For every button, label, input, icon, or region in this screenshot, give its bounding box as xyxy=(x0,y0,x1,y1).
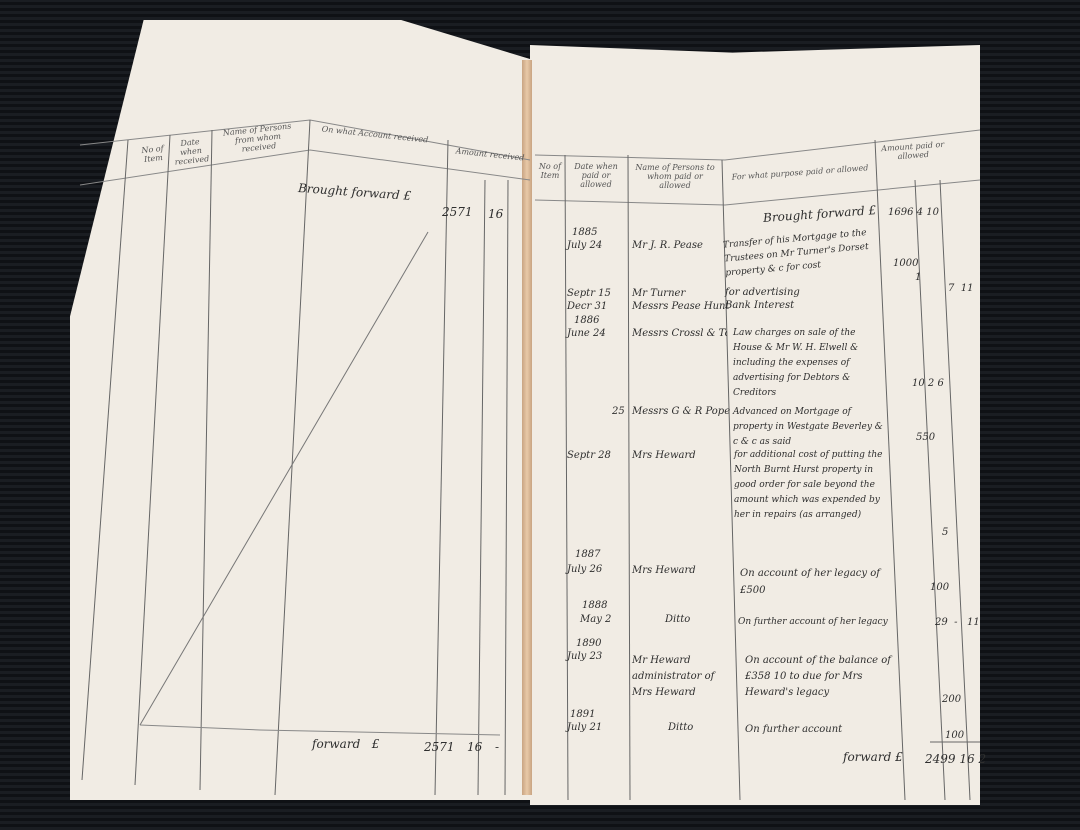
entry-shillings-pence: 7 11 xyxy=(948,283,973,294)
entry-name: Ditto xyxy=(668,722,693,733)
left-carried-forward-pounds: 2571 xyxy=(424,740,455,754)
entry-purpose: for advertising xyxy=(725,287,800,298)
entry-date: Decr 31 xyxy=(567,301,607,312)
right-header-item-no: No of Item xyxy=(536,162,564,180)
entry-year: 1886 xyxy=(574,315,599,326)
entry-pounds: 100 xyxy=(945,730,964,741)
left-carried-forward-label: forward £ xyxy=(312,737,379,751)
entry-purpose: On account of the balance of £358 10 to … xyxy=(745,653,895,701)
entry-name: Mrs Heward xyxy=(632,565,696,576)
entry-pounds: 1000 xyxy=(893,258,918,269)
entry-pounds: 550 xyxy=(916,432,935,443)
left-carried-forward-shillings: 16 xyxy=(467,740,482,754)
left-ledger-page xyxy=(70,20,530,800)
book-spine xyxy=(522,60,532,795)
entry-purpose: for additional cost of putting the North… xyxy=(734,448,884,523)
left-brought-forward-pounds: 2571 xyxy=(442,205,473,219)
entry-date: Septr 15 xyxy=(567,288,611,299)
entry-name: Ditto xyxy=(665,614,690,625)
entry-date: July 24 xyxy=(567,240,602,251)
entry-amount: 10 2 6 xyxy=(912,378,944,389)
entry-date: July 21 xyxy=(567,722,602,733)
entry-year: 1890 xyxy=(576,638,601,649)
entry-purpose: Law charges on sale of the House & Mr W.… xyxy=(733,326,881,401)
entry-name: Messrs Crossl & Todd xyxy=(632,328,727,339)
entry-date: June 24 xyxy=(567,328,606,339)
left-carried-forward-pence: - xyxy=(495,740,499,754)
entry-name: Messrs Pease Hunt xyxy=(632,301,730,312)
entry-year: 1885 xyxy=(572,227,597,238)
right-brought-forward-amount: 1696 4 10 xyxy=(888,207,939,218)
entry-amount: 29 - 11 xyxy=(935,617,980,628)
right-header-name: Name of Persons to whom paid or allowed xyxy=(632,163,718,190)
entry-date: 25 xyxy=(612,406,625,417)
entry-pounds: 5 xyxy=(942,527,948,538)
entry-purpose: Advanced on Mortgage of property in West… xyxy=(733,405,883,450)
entry-year: 1888 xyxy=(582,600,607,611)
entry-purpose: On further account xyxy=(745,724,842,735)
entry-name: Mrs Heward xyxy=(632,450,696,461)
entry-date: Septr 28 xyxy=(567,450,611,461)
entry-pounds: 200 xyxy=(942,694,961,705)
left-brought-forward-shillings: 16 xyxy=(488,207,503,221)
entry-pounds: 100 xyxy=(930,582,949,593)
left-header-item-no: No of Item xyxy=(139,144,167,165)
entry-name: Mr Heward administrator of Mrs Heward xyxy=(632,653,727,701)
entry-pounds: 1 xyxy=(915,272,921,283)
left-header-date: Date when received xyxy=(171,136,212,167)
right-header-date: Date when paid or allowed xyxy=(567,162,625,189)
entry-date: July 26 xyxy=(567,564,602,575)
entry-purpose: On account of her legacy of £500 xyxy=(740,565,890,599)
entry-name: Messrs G & R Pope xyxy=(632,406,730,417)
entry-date: May 2 xyxy=(580,614,611,625)
entry-name: Mr Turner xyxy=(632,288,685,299)
right-carried-forward-amount: 2499 16 2 xyxy=(925,752,986,766)
entry-name: Mr J. R. Pease xyxy=(632,240,703,251)
entry-year: 1891 xyxy=(570,709,595,720)
entry-year: 1887 xyxy=(575,549,600,560)
entry-purpose: Bank Interest xyxy=(725,300,794,311)
right-carried-forward-label: forward £ xyxy=(843,750,903,764)
entry-purpose: On further account of her legacy xyxy=(738,617,888,627)
entry-date: July 23 xyxy=(567,651,602,662)
